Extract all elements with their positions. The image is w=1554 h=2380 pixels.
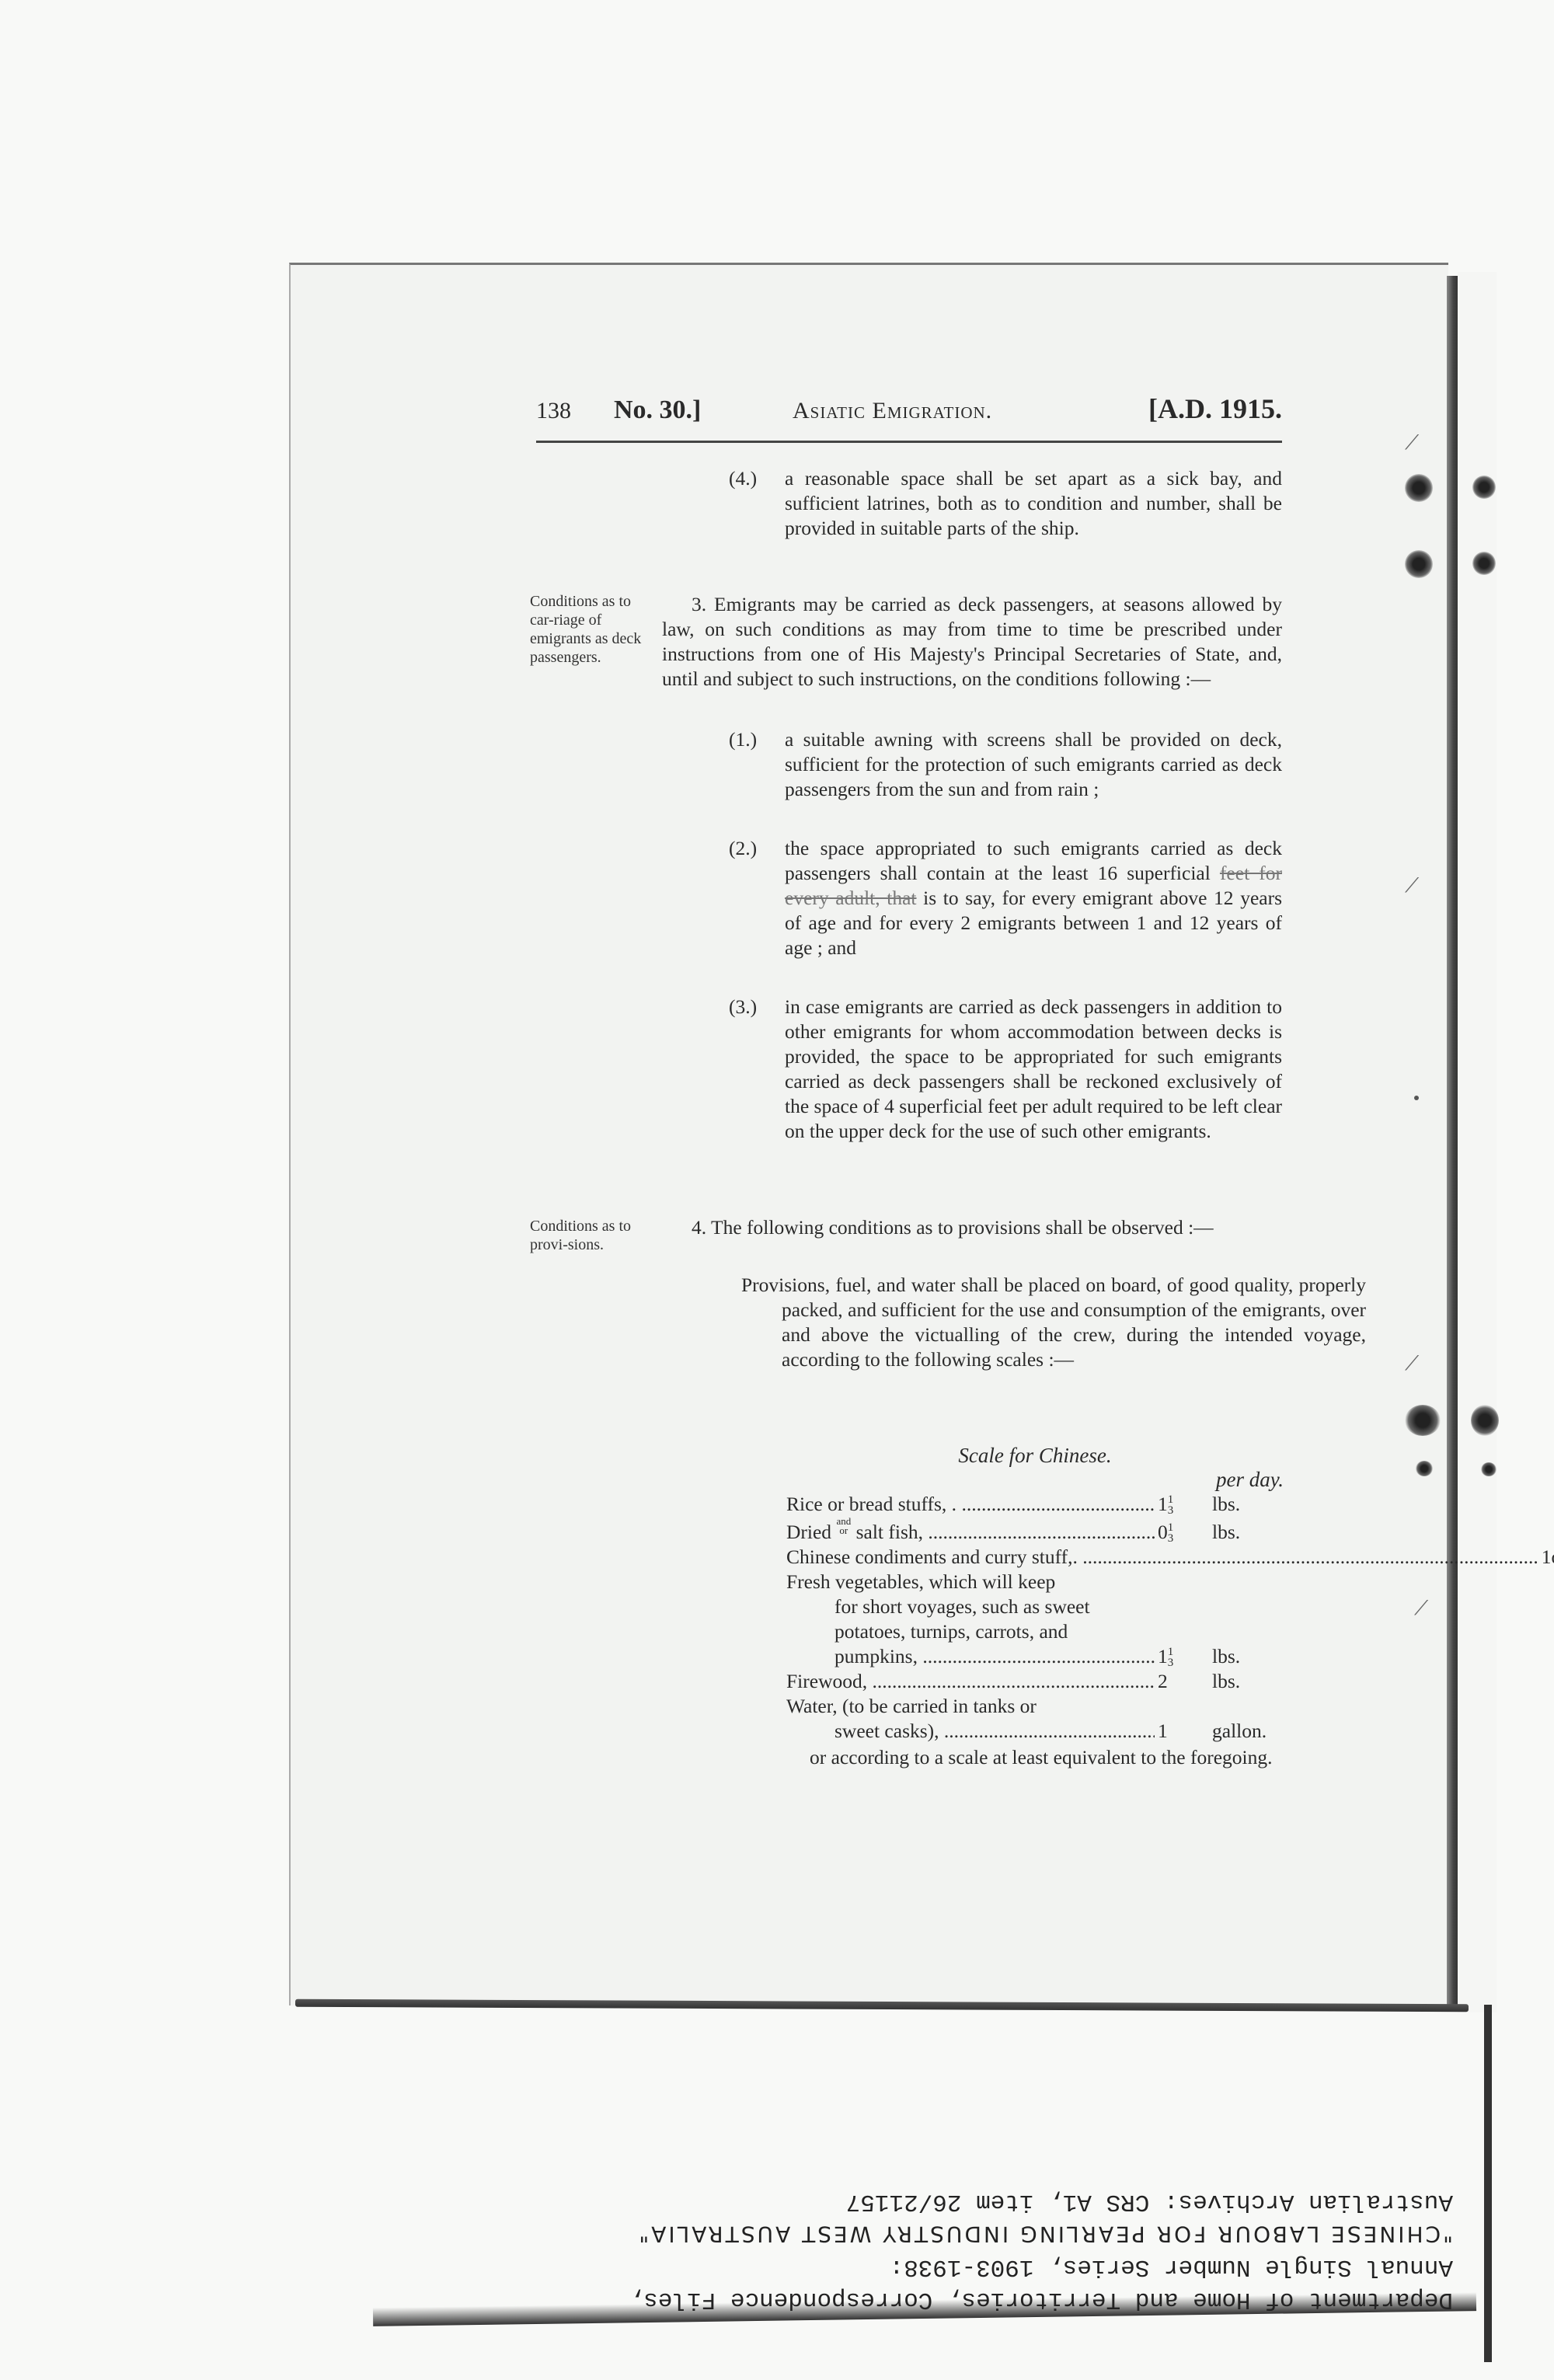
qty-whole: 1 <box>1158 1645 1168 1667</box>
scale-item: Chinese condiments and curry stuff,. <box>786 1545 1538 1570</box>
item-lead: Fresh vegetables, which will keep <box>786 1570 1284 1594</box>
section-3-item-1: (1.) a suitable awning with screens shal… <box>729 727 1282 802</box>
staple-mark: ⟋ <box>1405 874 1419 898</box>
scale-unit: lbs. <box>1212 1492 1284 1517</box>
qty-fraction: 13 <box>1168 1522 1174 1544</box>
label-line-1: Department of Home and Territories, Corr… <box>334 2283 1453 2316</box>
scale-row-multiline: Fresh vegetables, which will keep for sh… <box>786 1570 1284 1644</box>
scale-footnote: or according to a scale at least equival… <box>786 1745 1284 1770</box>
item-number: (3.) <box>729 995 785 1144</box>
speck <box>1414 1096 1419 1100</box>
running-title: Asiatic Emigration. <box>793 398 1148 424</box>
scale-item: Dried andor salt fish, <box>786 1517 1155 1545</box>
item-continuation: potatoes, turnips, carrots, and <box>786 1619 1284 1644</box>
year: [A.D. 1915. <box>1148 392 1282 425</box>
scale-row: Dried andor salt fish, 013 lbs. <box>786 1517 1284 1545</box>
scale-unit: oz. <box>1552 1545 1554 1570</box>
punch-hole <box>1471 1405 1499 1436</box>
running-header: 138 No. 30.] Asiatic Emigration. [A.D. 1… <box>536 392 1282 431</box>
scale-unit: lbs. <box>1212 1520 1284 1545</box>
frac-den: 3 <box>1168 1657 1174 1669</box>
item-continuation: for short voyages, such as sweet <box>786 1594 1284 1619</box>
scale-unit: gallon. <box>1212 1719 1284 1744</box>
item-number: (2.) <box>729 836 785 960</box>
qty-whole: 0 <box>1158 1521 1168 1543</box>
scale-unit: lbs. <box>1212 1644 1284 1669</box>
or-word: or <box>839 1525 848 1536</box>
label-right-edge <box>1484 2005 1492 2362</box>
punch-hole <box>1472 476 1496 499</box>
scale-qty: 013 <box>1155 1520 1212 1545</box>
punch-hole <box>1405 550 1433 578</box>
scale-row: sweet casks), 1 gallon. <box>786 1719 1284 1744</box>
label-handwritten-title: "CHINESE LABOUR FOR PEARLING INDUSTRY WE… <box>334 2218 1453 2250</box>
item-after: salt fish, <box>856 1521 923 1543</box>
section-3-text: 3. Emigrants may be carried as deck pass… <box>662 592 1282 692</box>
scale-item: pumpkins, <box>834 1644 1155 1669</box>
binding-flap <box>1458 272 1497 2012</box>
scale-row: Chinese condiments and curry stuff,. 1 o… <box>786 1545 1284 1570</box>
marginal-note-section-4: Conditions as to provi-sions. <box>530 1217 654 1254</box>
section-4-text: 4. The following conditions as to provis… <box>662 1215 1282 1240</box>
label-line-4: Australian Archives: CRS A1, item 26/211… <box>334 2185 1453 2218</box>
punch-hole <box>1472 552 1496 575</box>
scale-qty: 1 <box>1155 1719 1212 1744</box>
per-day-header: per day. <box>786 1468 1284 1492</box>
scale-qty: 113 <box>1155 1644 1212 1669</box>
qty-whole: 1 <box>1158 1493 1168 1515</box>
punch-hole <box>1416 1461 1433 1476</box>
scale-row: Rice or bread stuffs, . 113 lbs. <box>786 1492 1284 1517</box>
provisions-scale: Scale for Chinese. per day. Rice or brea… <box>786 1444 1284 1770</box>
act-number: No. 30.] <box>614 396 793 425</box>
scale-row: pumpkins, 113 lbs. <box>786 1644 1284 1669</box>
scale-qty: 2 <box>1155 1669 1212 1694</box>
frac-den: 3 <box>1168 1532 1174 1545</box>
scale-row-multiline: Water, (to be carried in tanks or <box>786 1694 1284 1719</box>
page-number: 138 <box>536 398 614 424</box>
scale-qty: 1 <box>1538 1545 1552 1570</box>
label-line-2: Annual Single Number Series, 1903-1938: <box>334 2250 1453 2283</box>
qty-fraction: 13 <box>1168 1494 1174 1516</box>
item-text: the space appropriated to such emigrants… <box>785 836 1282 960</box>
section-3-item-3: (3.) in case emigrants are carried as de… <box>729 995 1282 1144</box>
header-rule <box>536 441 1282 443</box>
item-lead: Water, (to be carried in tanks or <box>786 1694 1284 1719</box>
item-text: in case emigrants are carried as deck pa… <box>785 995 1282 1144</box>
punch-hole <box>1481 1462 1497 1476</box>
scale-title: Scale for Chinese. <box>786 1444 1284 1468</box>
punch-hole <box>1405 1405 1441 1436</box>
item-text: a suitable awning with screens shall be … <box>785 727 1282 802</box>
item-before: Dried <box>786 1521 831 1543</box>
item-number: (1.) <box>729 727 785 802</box>
item-number: (4.) <box>729 466 785 541</box>
clause-item-4: (4.) a reasonable space shall be set apa… <box>729 466 1282 541</box>
provisions-text: Provisions, fuel, and water shall be pla… <box>698 1273 1366 1372</box>
qty-fraction: 13 <box>1168 1646 1174 1668</box>
marginal-note-section-3: Conditions as to car-riage of emigrants … <box>530 592 654 667</box>
scale-item: Rice or bread stuffs, . <box>786 1492 1155 1517</box>
item-text: Chinese condiments and curry stuff,. <box>786 1545 1078 1568</box>
scale-item: Firewood, <box>786 1669 1155 1694</box>
item-text: a reasonable space shall be set apart as… <box>785 466 1282 541</box>
staple-mark: ⟋ <box>1414 1597 1428 1621</box>
and-or-stack: andor <box>836 1517 851 1535</box>
text-before: the space appropriated to such emigrants… <box>785 837 1282 884</box>
scale-qty: 113 <box>1155 1492 1212 1517</box>
archival-label: Department of Home and Territories, Corr… <box>334 2098 1453 2316</box>
scale-row: Firewood, 2 lbs. <box>786 1669 1284 1694</box>
staple-mark: ⟋ <box>1405 1352 1419 1376</box>
scale-item: sweet casks), <box>834 1719 1155 1744</box>
punch-hole <box>1405 474 1433 502</box>
scale-unit: lbs. <box>1212 1669 1284 1694</box>
frac-den: 3 <box>1168 1504 1174 1517</box>
binding-shadow <box>1447 276 1458 2009</box>
staple-mark: ⟋ <box>1405 431 1419 455</box>
section-3-item-2: (2.) the space appropriated to such emig… <box>729 836 1282 960</box>
